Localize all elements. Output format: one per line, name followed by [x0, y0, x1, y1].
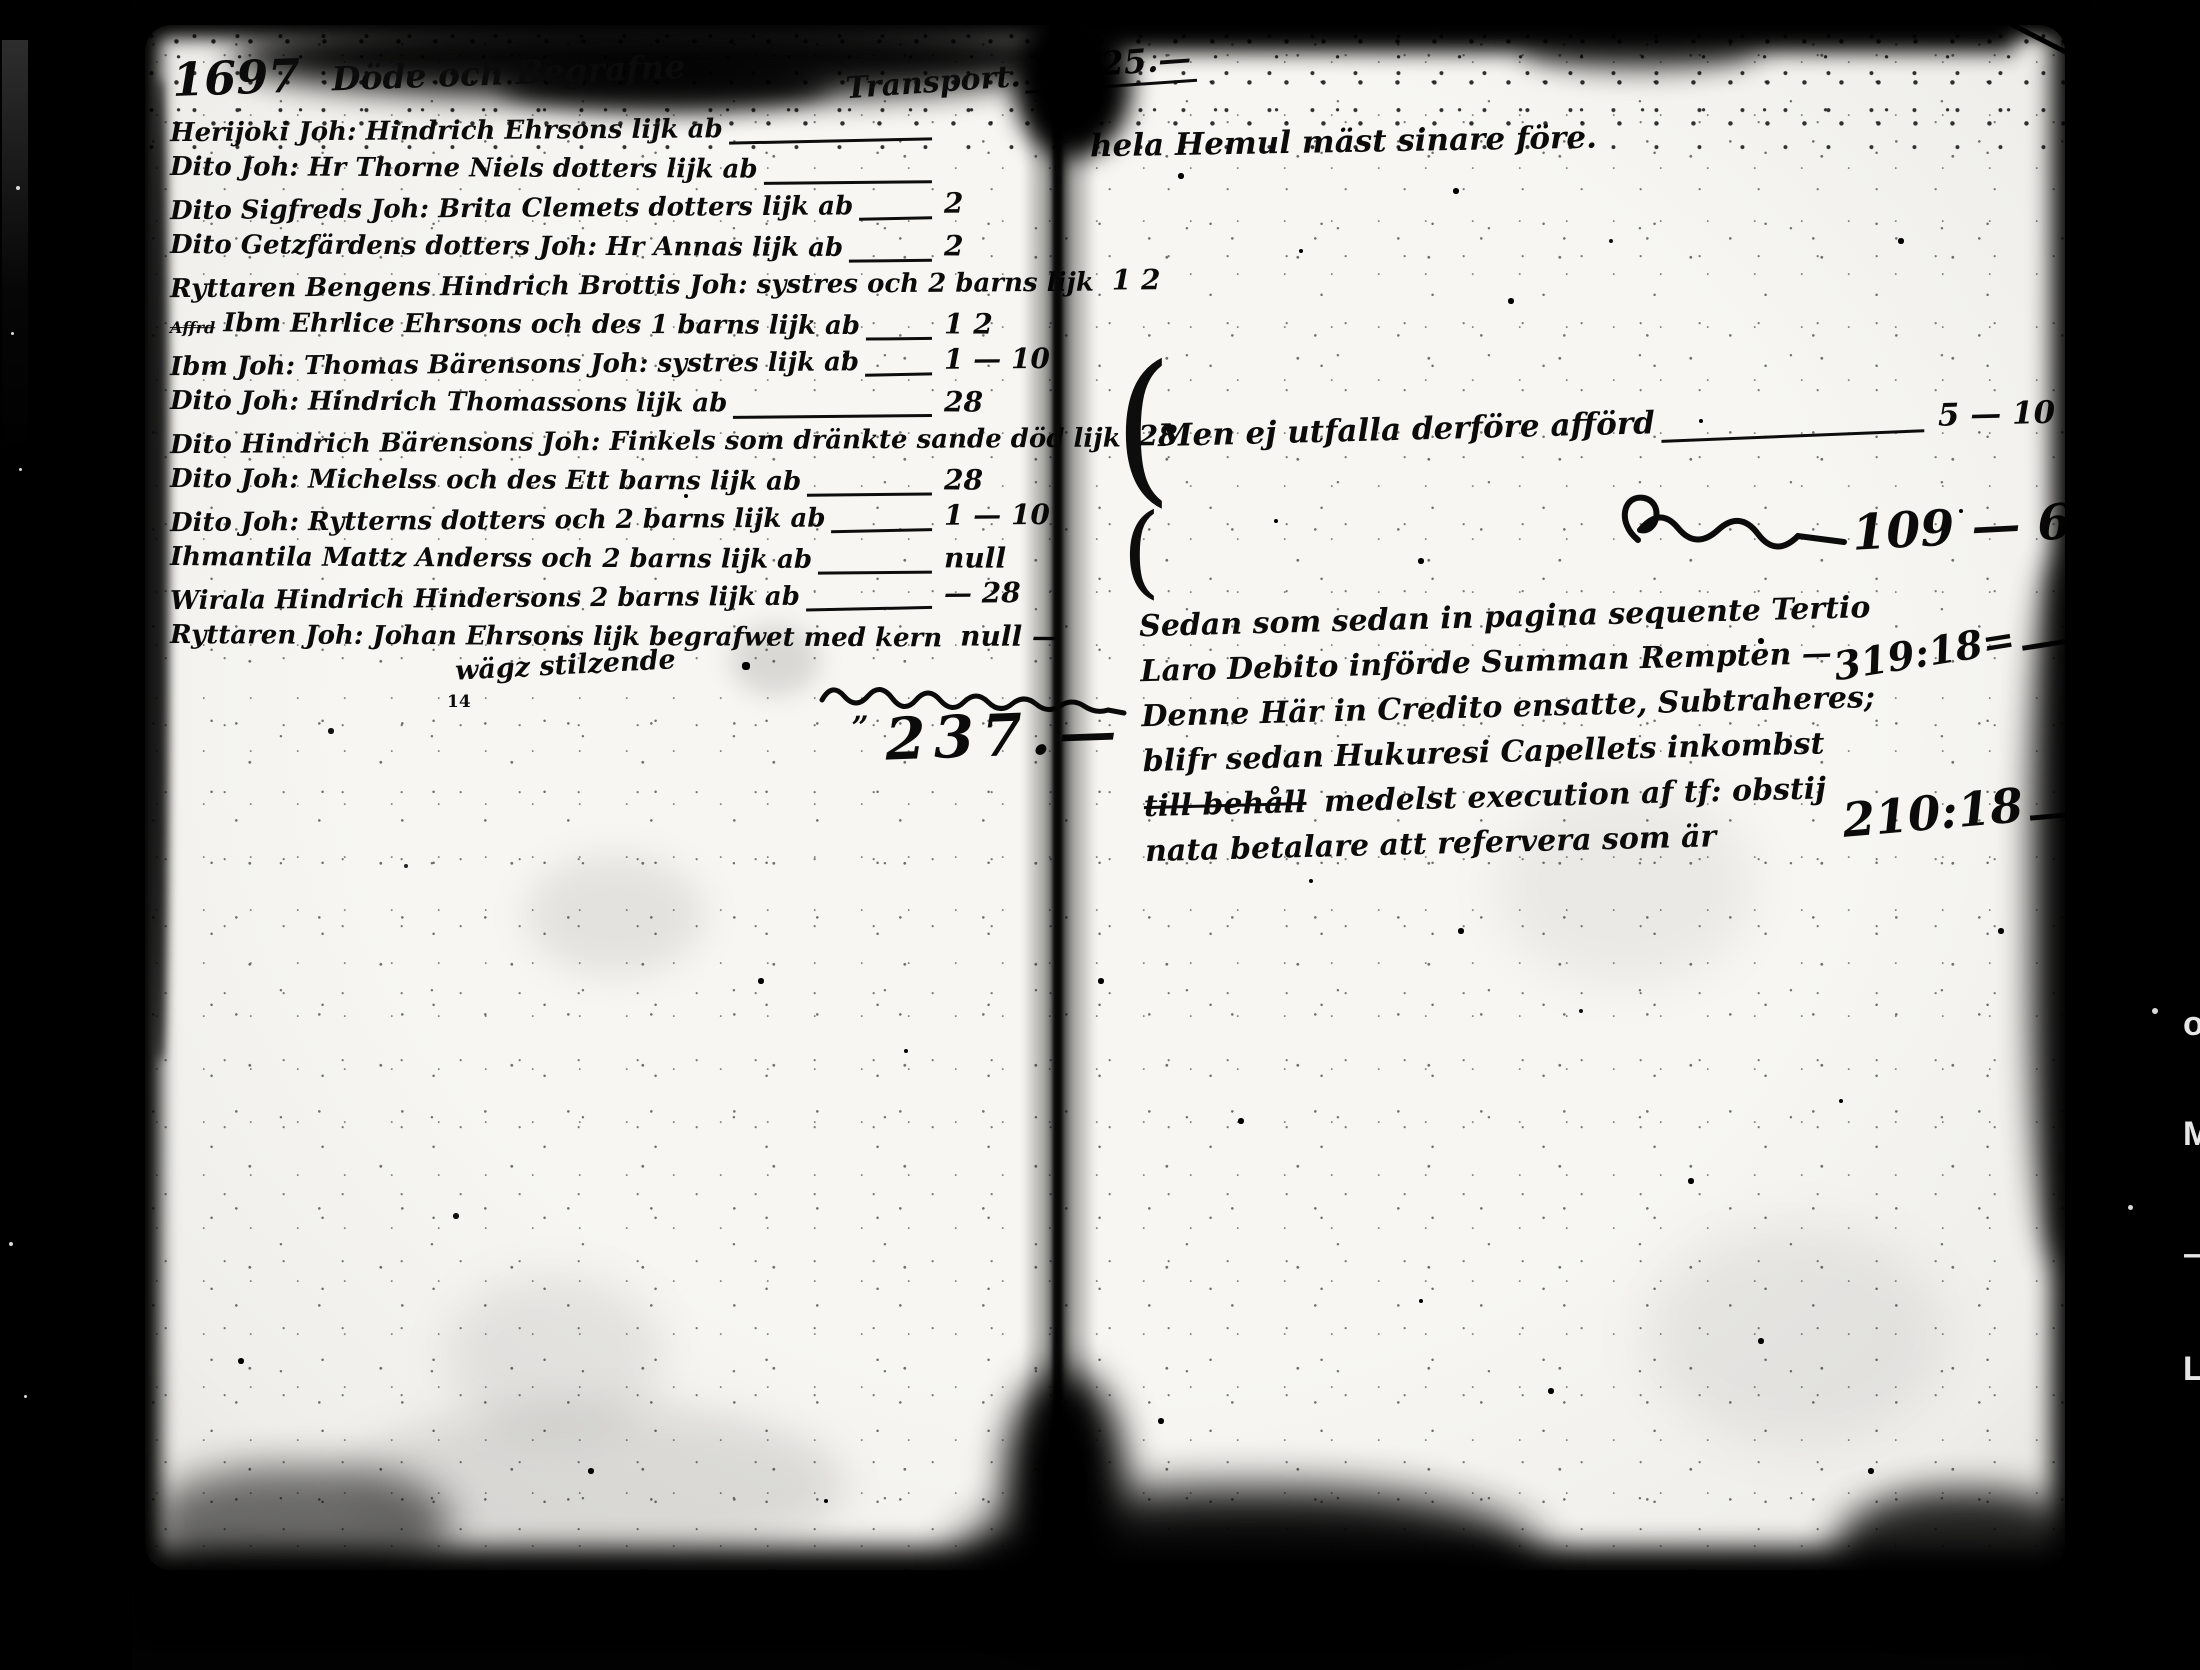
balance-amount: 109 — 6: [1851, 492, 2073, 561]
bottom-left-blot: [150, 1466, 450, 1586]
ledger-entry: Dito Joh: Hr Thorne Niels dotters lijk a…: [170, 153, 1062, 185]
entry-text: Dito Getzfärdens dotters Joh: Hr Annas l…: [170, 231, 843, 262]
entry-dash-line: [806, 597, 932, 612]
ledger-entry: Ihmantila Mattz Anderss och 2 barns lijk…: [170, 543, 1062, 575]
ledger-entry: Dito Sigfreds Joh: Brita Clemets dotters…: [170, 191, 1062, 225]
year-text: 1697: [171, 49, 301, 107]
film-left-border: [0, 0, 132, 1670]
film-white-speck: [11, 332, 14, 335]
entry-dash-line: [849, 250, 932, 263]
entry-text: Ibm Joh: Thomas Bärensons Joh: systres l…: [170, 348, 859, 381]
entry-text: Ibm Ehrlice Ehrsons och des 1 barns lijk…: [223, 309, 860, 340]
film-white-speck: [24, 1395, 27, 1398]
film-edge-label-fragment: o: [2183, 1005, 2200, 1044]
page-edge-mottle-left: [150, 80, 168, 1060]
ledger-entry: Dito Joh: Hindrich Thomassons lijk ab 28: [170, 387, 1062, 419]
page-edge-mottle-right: [2030, 560, 2100, 1260]
ledger-entry: Dito Joh: Rytterns dotters och 2 barns l…: [170, 503, 1062, 537]
paragraph-line-rest: medelst execution af tf: obstij: [1324, 771, 1827, 819]
entry-dash-line: [733, 405, 932, 419]
entry-dash-line: [866, 328, 932, 341]
ledger-entry: Ryttaren Bengens Hindrich Brottis Joh: s…: [170, 269, 1062, 303]
entry-dash-line: [807, 484, 932, 497]
ledger-entry: Dito Getzfärdens dotters Joh: Hr Annas l…: [170, 231, 1062, 263]
entry-dash-line: [818, 562, 932, 575]
entry-text: Dito Joh: Hindrich Thomassons lijk ab: [170, 387, 727, 417]
ledger-entry: Dito Hindrich Bärensons Joh: Finkels som…: [170, 425, 1062, 459]
entry-text: Dito Sigfreds Joh: Brita Clemets dotters…: [170, 192, 853, 225]
film-right-border: [2096, 0, 2200, 1670]
film-white-speck: [2152, 1008, 2158, 1014]
entry-dash-line: [831, 519, 932, 533]
ledger-entry: Wirala Hindrich Hindersons 2 barns lijk …: [170, 581, 1062, 615]
film-white-speck: [16, 186, 20, 190]
entry-struck-word: Affrd: [170, 318, 215, 337]
microfilm-frame: 1697 Döde och Begrafne Transport. 225.— …: [0, 0, 2200, 1670]
binding-gutter-line: [1053, 24, 1062, 1572]
entry-text: Herijoki Joh: Hindrich Ehrsons lijk ab: [170, 115, 723, 147]
paper-stain: [1645, 1225, 1945, 1445]
film-white-speck: [19, 468, 22, 471]
sum-prefix-mark: ”: [851, 710, 869, 746]
bottom-right-blot: [1835, 1490, 2095, 1620]
entry-text: Dito Joh: Hr Thorne Niels dotters lijk a…: [170, 153, 758, 184]
entry-text: Dito Joh: Michelss och des Ett barns lij…: [170, 465, 801, 496]
bottom-center-blot: [960, 1488, 1540, 1638]
entry-dash-line: [859, 207, 932, 221]
entry-text: Dito Joh: Rytterns dotters och 2 barns l…: [170, 505, 826, 538]
margin-brace: (: [1122, 492, 1161, 609]
footnote-mark: 14: [447, 692, 471, 712]
balance-flourish: [1612, 488, 1852, 558]
closing-paragraph: Sedan som sedan in pagina sequente Terti…: [1139, 584, 1926, 874]
ledger-entry: Affrd Ibm Ehrlice Ehrsons och des 1 barn…: [170, 309, 1062, 341]
entry-text: Ryttaren Joh: Johan Ehrsons lijk begrafw…: [170, 621, 942, 652]
film-edge-label-fragment: –: [2183, 1235, 2200, 1274]
entry-dash-line: [865, 363, 932, 376]
paper-stain: [525, 855, 705, 975]
entry-text: Wirala Hindrich Hindersons 2 barns lijk …: [170, 583, 800, 615]
entry-text: Ihmantila Mattz Anderss och 2 barns lijk…: [170, 543, 812, 574]
film-white-speck: [9, 1242, 13, 1246]
ledger-entry: Dito Joh: Michelss och des Ett barns lij…: [170, 465, 1062, 497]
entry-text: Dito Hindrich Bärensons Joh: Finkels som…: [170, 424, 1121, 459]
film-edge-label-fragment: M: [2183, 1115, 2200, 1154]
ledger-entries-list: Herijoki Joh: Hindrich Ehrsons lijk ab D…: [170, 116, 1062, 651]
ledger-entry: Herijoki Joh: Hindrich Ehrsons lijk ab: [170, 113, 1062, 147]
entry-dash-line: [764, 171, 932, 185]
entry-amount: 1 2: [1106, 263, 1230, 297]
film-edge-top: [140, 0, 2070, 38]
film-edge-label-fragment: L: [2183, 1350, 2200, 1389]
ledger-entry: Ibm Joh: Thomas Bärensons Joh: systres l…: [170, 347, 1062, 381]
entry-dash-line: [729, 128, 932, 144]
paragraph-struck-words: till behåll: [1143, 785, 1306, 824]
film-white-speck: [2128, 1205, 2133, 1210]
heading-title: Döde och Begrafne: [331, 47, 686, 98]
entry-text: Ryttaren Bengens Hindrich Brottis Joh: s…: [170, 269, 1094, 303]
film-scratch-streak: [2, 40, 28, 460]
